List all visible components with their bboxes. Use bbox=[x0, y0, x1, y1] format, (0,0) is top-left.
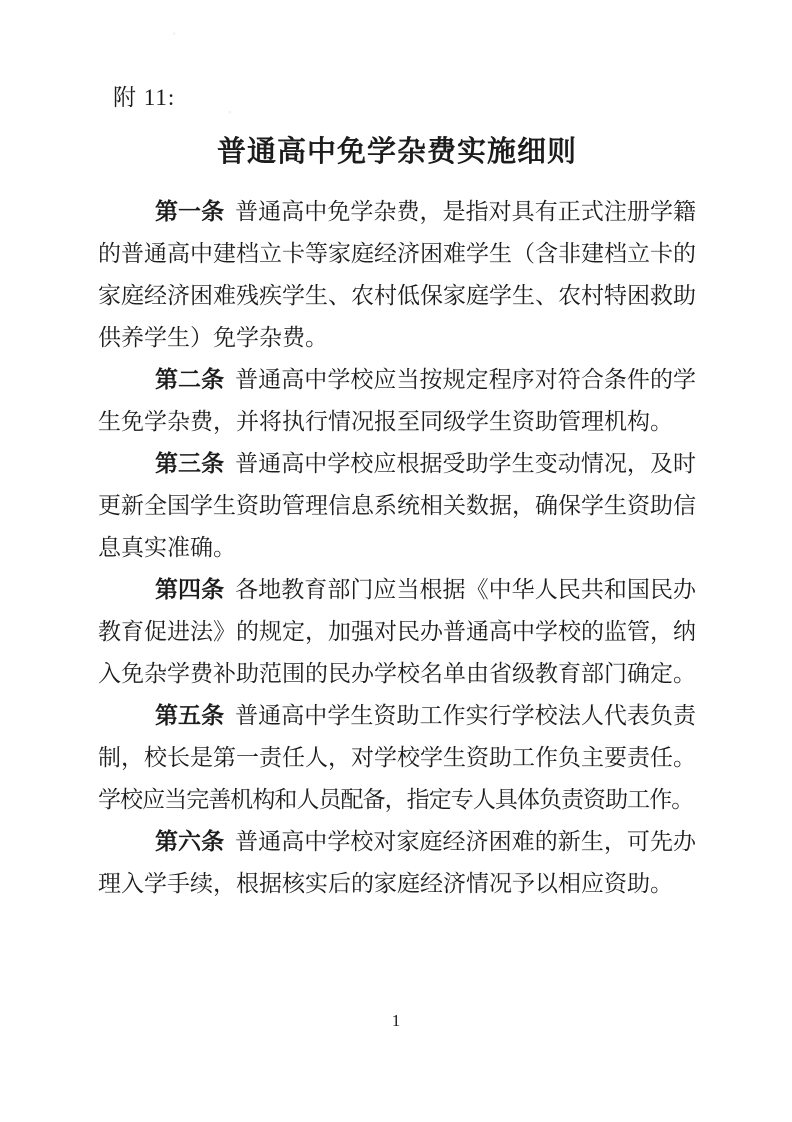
article-text: 普通高中学校应当按规定程序对符合条件的学 bbox=[235, 367, 696, 392]
article-line: 第五条普通高中学生资助工作实行学校法人代表负责 bbox=[98, 695, 696, 737]
article-line: 的普通高中建档立卡等家庭经济困难学生（含非建档立卡的 bbox=[98, 233, 696, 275]
article-line: 生免学杂费，并将执行情况报至同级学生资助管理机构。 bbox=[98, 401, 696, 443]
article-line: 供养学生）免学杂费。 bbox=[98, 317, 696, 359]
article-line: 更新全国学生资助管理信息系统相关数据，确保学生资助信 bbox=[98, 485, 696, 527]
article-paragraph: 第六条普通高中学校对家庭经济困难的新生，可先办理入学手续，根据核实后的家庭经济情… bbox=[98, 821, 696, 905]
article-line: 第一条普通高中免学杂费，是指对具有正式注册学籍 bbox=[98, 191, 696, 233]
article-line: 第二条普通高中学校应当按规定程序对符合条件的学 bbox=[98, 359, 696, 401]
article-number: 第六条 bbox=[155, 829, 224, 854]
article-number: 第二条 bbox=[155, 367, 224, 392]
page-number: 1 bbox=[0, 1010, 792, 1032]
article-paragraph: 第三条普通高中学校应根据受助学生变动情况，及时更新全国学生资助管理信息系统相关数… bbox=[98, 443, 696, 569]
article-text: 普通高中学生资助工作实行学校法人代表负责 bbox=[235, 703, 696, 728]
document-body: 第一条普通高中免学杂费，是指对具有正式注册学籍的普通高中建档立卡等家庭经济困难学… bbox=[98, 191, 696, 905]
article-text: 各地教育部门应当根据《中华人民共和国民办 bbox=[235, 577, 696, 602]
article-text: 普通高中学校对家庭经济困难的新生，可先办 bbox=[235, 829, 696, 854]
article-line: 学校应当完善机构和人员配备，指定专人具体负责资助工作。 bbox=[98, 779, 696, 821]
article-number: 第三条 bbox=[155, 451, 224, 476]
article-line: 家庭经济困难残疾学生、农村低保家庭学生、农村特困救助 bbox=[98, 275, 696, 317]
article-line: 第六条普通高中学校对家庭经济困难的新生，可先办 bbox=[98, 821, 696, 863]
article-number: 第一条 bbox=[155, 199, 224, 224]
article-paragraph: 第一条普通高中免学杂费，是指对具有正式注册学籍的普通高中建档立卡等家庭经济困难学… bbox=[98, 191, 696, 359]
document-title: 普通高中免学杂费实施细则 bbox=[98, 132, 696, 172]
article-line: 教育促进法》的规定，加强对民办普通高中学校的监管，纳 bbox=[98, 611, 696, 653]
article-number: 第五条 bbox=[155, 703, 224, 728]
article-number: 第四条 bbox=[155, 577, 224, 602]
article-paragraph: 第五条普通高中学生资助工作实行学校法人代表负责制，校长是第一责任人，对学校学生资… bbox=[98, 695, 696, 821]
document-content: 附 11: 普通高中免学杂费实施细则 第一条普通高中免学杂费，是指对具有正式注册… bbox=[98, 0, 696, 905]
article-line: 制，校长是第一责任人，对学校学生资助工作负主要责任。 bbox=[98, 737, 696, 779]
article-text: 普通高中免学杂费，是指对具有正式注册学籍 bbox=[235, 199, 696, 224]
article-line: 第三条普通高中学校应根据受助学生变动情况，及时 bbox=[98, 443, 696, 485]
document-page: 附 11: 普通高中免学杂费实施细则 第一条普通高中免学杂费，是指对具有正式注册… bbox=[0, 0, 792, 1122]
article-paragraph: 第四条各地教育部门应当根据《中华人民共和国民办教育促进法》的规定，加强对民办普通… bbox=[98, 569, 696, 695]
article-line: 理入学手续，根据核实后的家庭经济情况予以相应资助。 bbox=[98, 863, 696, 905]
article-line: 息真实准确。 bbox=[98, 527, 696, 569]
article-line: 入免杂学费补助范围的民办学校名单由省级教育部门确定。 bbox=[98, 653, 696, 695]
article-text: 普通高中学校应根据受助学生变动情况，及时 bbox=[235, 451, 696, 476]
attachment-label: 附 11: bbox=[113, 84, 696, 112]
article-paragraph: 第二条普通高中学校应当按规定程序对符合条件的学生免学杂费，并将执行情况报至同级学… bbox=[98, 359, 696, 443]
article-line: 第四条各地教育部门应当根据《中华人民共和国民办 bbox=[98, 569, 696, 611]
